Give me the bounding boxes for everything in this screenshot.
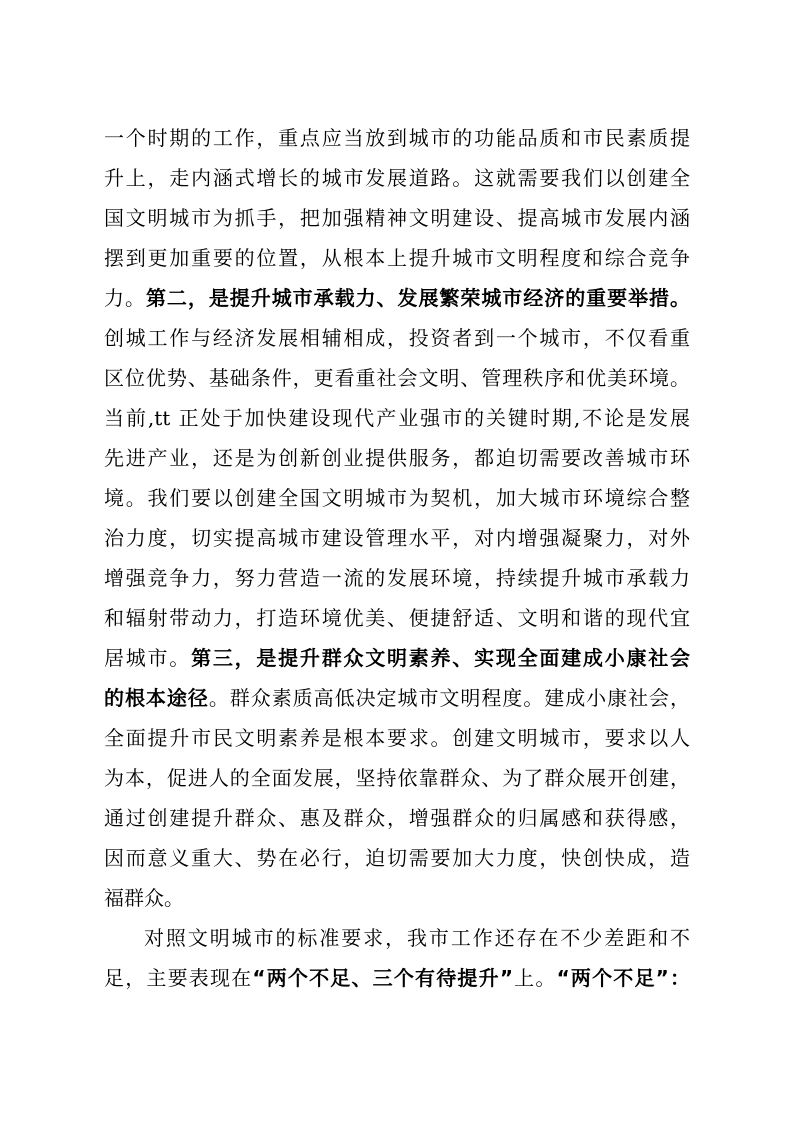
text-line: 因而意义重大、势在必行，迫切需要加大力度，快创快成，造 <box>104 838 690 878</box>
bold-heiti-run: “两个不足”： <box>557 966 690 990</box>
text-line: 当前,tt 正处于加快建设现代产业强市的关键时期,不论是发展 <box>104 398 690 438</box>
text-line: 居城市。第三，是提升群众文明素养、实现全面建成小康社会 <box>104 638 690 678</box>
text-run: 和辐射带动力，打造环境优美、便捷舒适、文明和谐的现代宜 <box>104 606 690 630</box>
text-line: 的根本途径。群众素质高低决定城市文明程度。建成小康社会， <box>104 678 690 718</box>
text-run: 全面提升市民文明素养是根本要求。创建文明城市，要求以人 <box>104 726 690 750</box>
text-line: 区位优势、基础条件，更看重社会文明、管理秩序和优美环境。 <box>104 358 690 398</box>
text-line: 福群众。 <box>104 878 690 918</box>
text-line: 创城工作与经济发展相辅相成，投资者到一个城市，不仅看重 <box>104 318 690 358</box>
text-run: 居城市。 <box>104 646 191 670</box>
document-page: 一个时期的工作，重点应当放到城市的功能品质和市民素质提升上，走内涵式增长的城市发… <box>0 0 793 1122</box>
text-line: 通过创建提升群众、惠及群众，增强群众的归属感和获得感， <box>104 798 690 838</box>
text-line: 升上，走内涵式增长的城市发展道路。这就需要我们以创建全 <box>104 158 690 198</box>
text-run: 创城工作与经济发展相辅相成，投资者到一个城市，不仅看重 <box>104 326 690 350</box>
text-run: 力。 <box>104 286 146 310</box>
text-line: 足，主要表现在“两个不足、三个有待提升”上。“两个不足”： <box>104 958 690 998</box>
text-run: 升上，走内涵式增长的城市发展道路。这就需要我们以创建全 <box>104 166 690 190</box>
text-run: 国文明城市为抓手，把加强精神文明建设、提高城市发展内涵 <box>104 206 690 230</box>
text-run: 。群众素质高低决定城市文明程度。建成小康社会， <box>209 686 690 710</box>
text-line: 全面提升市民文明素养是根本要求。创建文明城市，要求以人 <box>104 718 690 758</box>
text-run: 足，主要表现在 <box>104 966 252 990</box>
bold-emphasis-run: 第三，是提升群众文明素养、实现全面建成小康社会 <box>191 646 690 670</box>
text-line: 对照文明城市的标准要求，我市工作还存在不少差距和不 <box>104 918 690 958</box>
text-run: 先进产业，还是为创新创业提供服务，都迫切需要改善城市环 <box>104 446 690 470</box>
text-run: 增强竞争力，努力营造一流的发展环境，持续提升城市承载力 <box>104 566 690 590</box>
text-run: 通过创建提升群众、惠及群众，增强群众的归属感和获得感， <box>104 806 690 830</box>
text-run: 一个时期的工作，重点应当放到城市的功能品质和市民素质提 <box>104 126 690 150</box>
text-line: 增强竞争力，努力营造一流的发展环境，持续提升城市承载力 <box>104 558 690 598</box>
text-run: 治力度，切实提高城市建设管理水平，对内增强凝聚力，对外 <box>104 526 690 550</box>
bold-emphasis-run: 第二，是提升城市承载力、发展繁荣城市经济的重要举措。 <box>146 286 690 310</box>
text-run: 当前,tt 正处于加快建设现代产业强市的关键时期,不论是发展 <box>104 406 690 430</box>
text-run: 对照文明城市的标准要求，我市工作还存在不少差距和不 <box>144 926 690 950</box>
text-run: 为本，促进人的全面发展，坚持依靠群众、为了群众展开创建， <box>104 766 690 790</box>
text-run: 区位优势、基础条件，更看重社会文明、管理秩序和优美环境。 <box>104 366 690 390</box>
text-run: 福群众。 <box>104 886 184 910</box>
bold-emphasis-run: 的根本途径 <box>104 686 209 710</box>
text-line: 和辐射带动力，打造环境优美、便捷舒适、文明和谐的现代宜 <box>104 598 690 638</box>
bold-heiti-run: “两个不足、三个有待提升” <box>252 966 513 990</box>
text-line: 一个时期的工作，重点应当放到城市的功能品质和市民素质提 <box>104 118 690 158</box>
text-run: 上。 <box>513 966 557 990</box>
text-run: 因而意义重大、势在必行，迫切需要加大力度，快创快成，造 <box>104 846 690 870</box>
text-line: 治力度，切实提高城市建设管理水平，对内增强凝聚力，对外 <box>104 518 690 558</box>
text-run: 境。我们要以创建全国文明城市为契机，加大城市环境综合整 <box>104 486 690 510</box>
text-line: 先进产业，还是为创新创业提供服务，都迫切需要改善城市环 <box>104 438 690 478</box>
text-run: 摆到更加重要的位置，从根本上提升城市文明程度和综合竞争 <box>104 246 690 270</box>
text-line: 摆到更加重要的位置，从根本上提升城市文明程度和综合竞争 <box>104 238 690 278</box>
text-line: 为本，促进人的全面发展，坚持依靠群众、为了群众展开创建， <box>104 758 690 798</box>
text-line: 国文明城市为抓手，把加强精神文明建设、提高城市发展内涵 <box>104 198 690 238</box>
text-line: 境。我们要以创建全国文明城市为契机，加大城市环境综合整 <box>104 478 690 518</box>
text-line: 力。第二，是提升城市承载力、发展繁荣城市经济的重要举措。 <box>104 278 690 318</box>
document-body: 一个时期的工作，重点应当放到城市的功能品质和市民素质提升上，走内涵式增长的城市发… <box>104 118 690 998</box>
